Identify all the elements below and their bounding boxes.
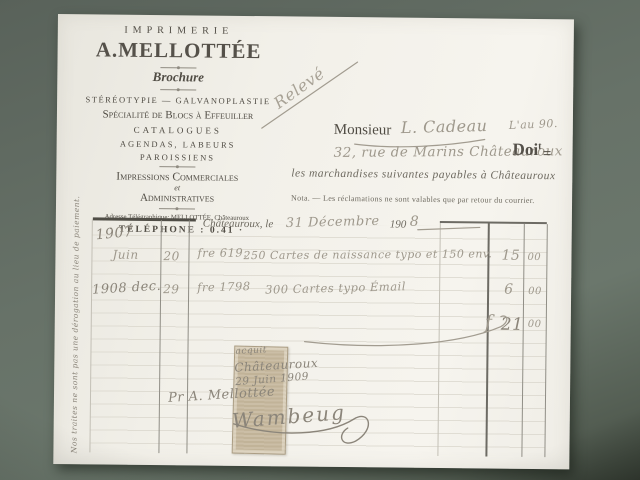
photo-scene: IMPRIMERIE A.MELLOTTÉE Brochure STÉRÉOTY… — [0, 0, 640, 480]
name-underline — [355, 138, 485, 148]
signature-flourish — [234, 415, 369, 443]
releve-slash — [262, 61, 358, 129]
ink-flourishes — [53, 14, 574, 469]
total-flourish-curve — [305, 314, 507, 347]
invoice-paper: IMPRIMERIE A.MELLOTTÉE Brochure STÉRÉOTY… — [53, 14, 574, 469]
date-underline — [418, 227, 480, 231]
